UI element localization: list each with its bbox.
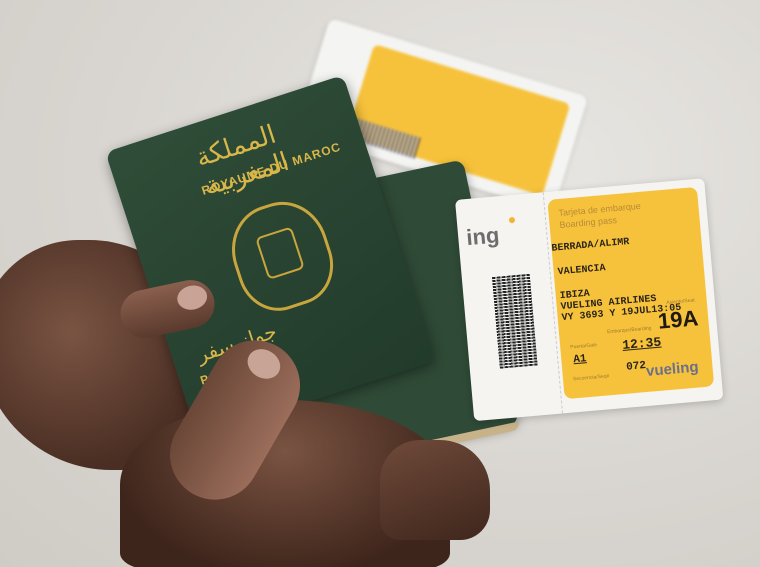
gate-label: Puerta/Gate [570,342,597,350]
stub-brand: ing [465,222,500,251]
brand-dot-icon [509,217,516,224]
seq-label: Secuencia/Seq# [573,373,610,382]
seq-number: 072 [626,360,647,374]
origin: VALENCIA [557,263,606,278]
2d-barcode [492,274,538,369]
passenger-name: BERRADA/ALIMR [551,237,630,255]
coat-of-arms-icon [220,190,344,320]
right-fingers [380,440,490,540]
boarding-label: Embarque/Boarding [607,325,652,335]
vueling-logo: vueling [645,358,699,380]
seat-label: Asiento/Seat [666,298,695,306]
boarding-time: 12:35 [622,335,662,353]
thumbnail [242,343,285,384]
boarding-pass: ing Tarjeta de embarque Boarding pass BE… [455,178,723,421]
gate: A1 [573,353,587,366]
boarding-pass-panel: Tarjeta de embarque Boarding pass BERRAD… [547,187,714,399]
seat: 19A [657,305,699,334]
pass-header: Tarjeta de embarque Boarding pass [558,200,642,231]
thumbnail [175,283,209,313]
